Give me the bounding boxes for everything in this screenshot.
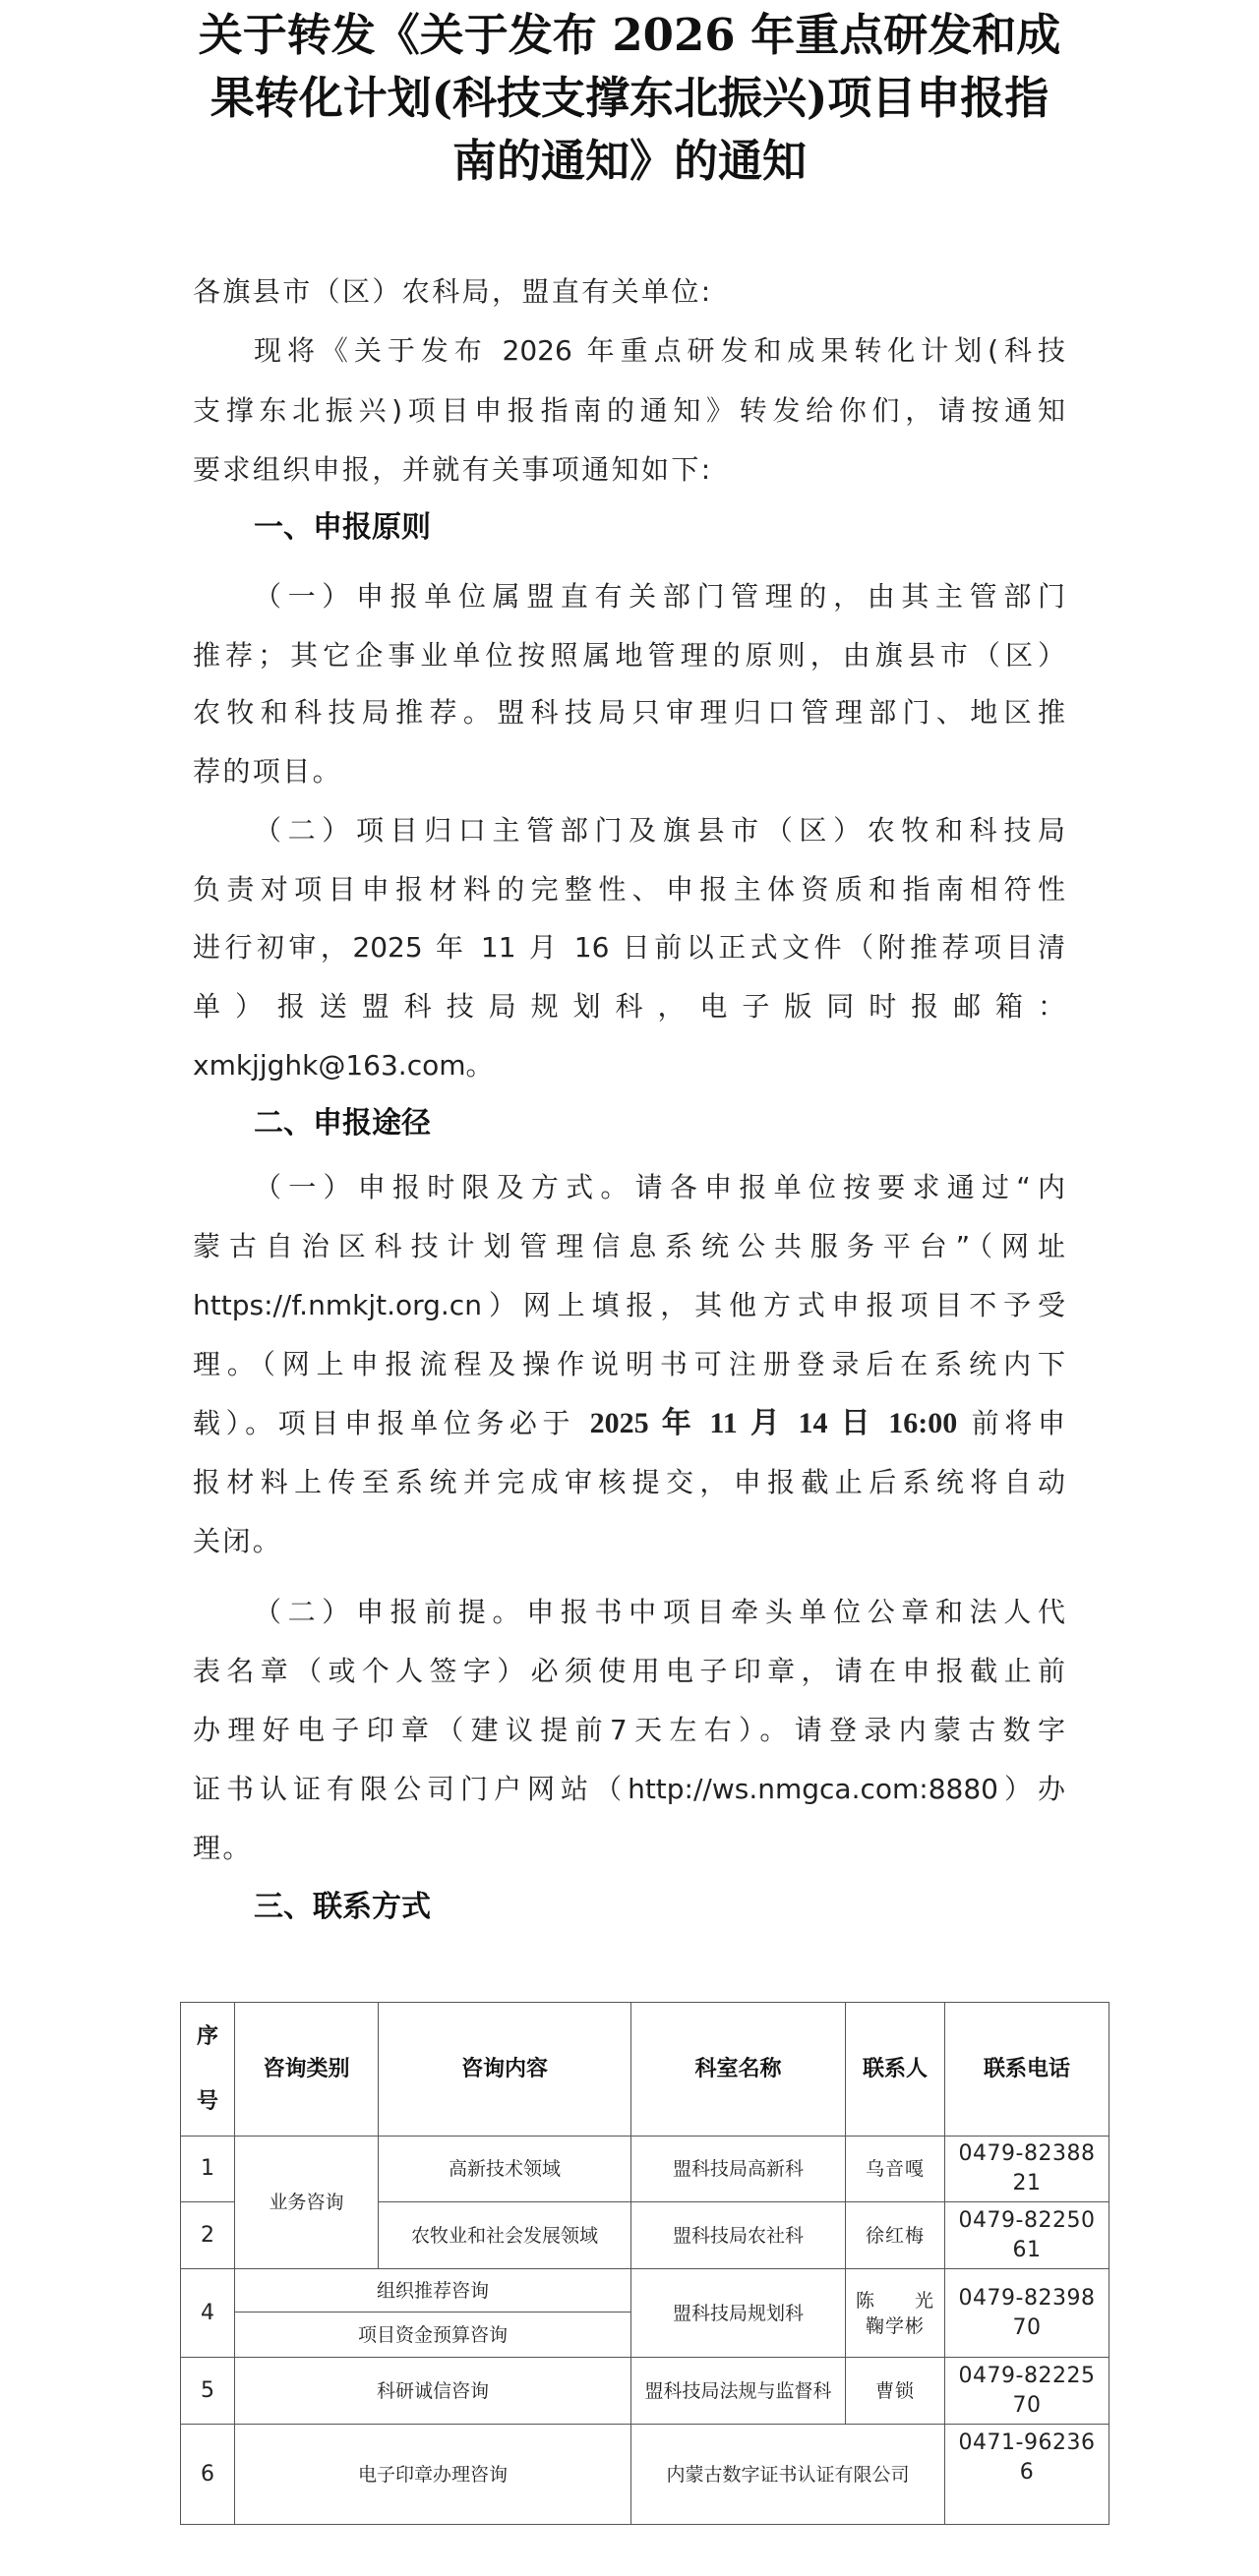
cell-content: 电子印章办理咨询	[235, 2425, 631, 2525]
cell-office: 盟科技局高新科	[631, 2137, 846, 2202]
phone-part: 70	[1013, 2393, 1042, 2418]
cell-office: 盟科技局农社科	[631, 2202, 846, 2269]
phone-part: 21	[1013, 2171, 1042, 2195]
paragraph-line: 关闭。	[193, 1522, 282, 1561]
cell-phone: 0479-82225 70	[945, 2358, 1109, 2425]
table-header-row: 序 号 咨询类别 咨询内容 科室名称 联系人 联系电话	[181, 2003, 1109, 2137]
cell-seq: 4	[181, 2269, 235, 2358]
cell-phone: 0479-82250 61	[945, 2202, 1109, 2269]
cell-category: 业务咨询	[235, 2137, 379, 2269]
paragraph-line: 理。	[193, 1829, 253, 1868]
paragraph-line: 理。（网上申报流程及操作说明书可注册登录后在系统内下	[193, 1345, 1065, 1384]
title-line: 南的通知》的通知	[0, 130, 1259, 193]
paragraph-line: 推荐；其它企事业单位按照属地管理的原则，由旗县市（区）	[193, 636, 1065, 675]
cell-content: 项目资金预算咨询	[235, 2313, 631, 2358]
header-seq-top: 序	[197, 2024, 218, 2049]
header-seq: 序 号	[181, 2003, 235, 2137]
url-line[interactable]: 证书认证有限公司门户网站（http://ws.nmgca.com:8880）办	[193, 1770, 1065, 1809]
deadline-prefix: 载）。项目申报单位务必于	[193, 1407, 575, 1439]
paragraph-line: 办理好电子印章（建议提前7天左右）。请登录内蒙古数字	[193, 1711, 1065, 1750]
deadline-date: 2025 年 11 月 14 日 16:00	[590, 1407, 958, 1439]
cell-seq: 6	[181, 2425, 235, 2525]
cell-person: 徐红梅	[846, 2202, 945, 2269]
cell-content: 科研诚信咨询	[235, 2358, 631, 2425]
person-name: 鞠学彬	[866, 2315, 925, 2337]
phone-part: 0479-82398	[959, 2286, 1096, 2311]
cell-content: 农牧业和社会发展领域	[379, 2202, 631, 2269]
cell-office: 盟科技局规划科	[631, 2269, 846, 2358]
salutation: 各旗县市（区）农科局，盟直有关单位:	[193, 272, 713, 312]
url-line[interactable]: https://f.nmkjt.org.cn）网上填报，其他方式申报项目不予受	[193, 1286, 1065, 1325]
paragraph-line: （一）申报时限及方式。请各申报单位按要求通过“内	[254, 1168, 1065, 1207]
cell-phone: 0479-82398 70	[945, 2269, 1109, 2358]
cell-person: 曹锁	[846, 2358, 945, 2425]
deadline-suffix: 前将申	[972, 1407, 1065, 1439]
cell-seq: 1	[181, 2137, 235, 2202]
phone-part: 70	[1013, 2315, 1042, 2340]
paragraph-line: （一）申报单位属盟直有关部门管理的，由其主管部门	[254, 577, 1065, 616]
header-office: 科室名称	[631, 2003, 846, 2137]
paragraph-line: （二）项目归口主管部门及旗县市（区）农牧和科技局	[254, 811, 1065, 850]
table-row: 1 业务咨询 高新技术领域 盟科技局高新科 乌音嘎 0479-82388 21	[181, 2137, 1109, 2202]
table-row: 5 科研诚信咨询 盟科技局法规与监督科 曹锁 0479-82225 70	[181, 2358, 1109, 2425]
cell-seq: 5	[181, 2358, 235, 2425]
title-line: 果转化计划(科技支撑东北振兴)项目申报指	[0, 67, 1259, 130]
paragraph-line: 蒙古自治区科技计划管理信息系统公共服务平台”（网址	[193, 1227, 1065, 1266]
paragraph-line: （二）申报前提。申报书中项目牵头单位公章和法人代	[254, 1593, 1065, 1632]
cell-person: 陈光 鞠学彬	[846, 2269, 945, 2358]
phone-part: 6	[1020, 2460, 1035, 2485]
paragraph-line: 进行初审，2025 年 11 月 16 日前以正式文件（附推荐项目清	[193, 928, 1065, 967]
cell-office: 内蒙古数字证书认证有限公司	[631, 2425, 945, 2525]
person-name: 陈光	[856, 2288, 934, 2313]
intro-line: 支撑东北振兴)项目申报指南的通知》转发给你们，请按通知	[193, 391, 1065, 431]
deadline-line: 载）。项目申报单位务必于 2025 年 11 月 14 日 16:00 前将申	[193, 1404, 1065, 1443]
intro-line: 要求组织申报，并就有关事项通知如下:	[193, 450, 713, 490]
contact-table: 序 号 咨询类别 咨询内容 科室名称 联系人 联系电话 1 业务咨询 高新技术领…	[180, 2002, 1109, 2525]
phone-part: 61	[1013, 2238, 1042, 2262]
phone-part: 0479-82225	[959, 2364, 1096, 2388]
cell-content: 高新技术领域	[379, 2137, 631, 2202]
paragraph-line: 单）报送盟科技局规划科，电子版同时报邮箱：	[193, 987, 1065, 1026]
paragraph-line: 荐的项目。	[193, 752, 342, 791]
section-heading-1: 一、申报原则	[254, 508, 431, 548]
email-link[interactable]: xmkjjghk@163.com。	[193, 1046, 494, 1085]
header-content: 咨询内容	[379, 2003, 631, 2137]
document-title: 关于转发《关于发布 2026 年重点研发和成 果转化计划(科技支撑东北振兴)项目…	[0, 4, 1259, 193]
title-line: 关于转发《关于发布 2026 年重点研发和成	[0, 4, 1259, 67]
table-row: 6 电子印章办理咨询 内蒙古数字证书认证有限公司 0471-96236 6	[181, 2425, 1109, 2525]
header-seq-bottom: 号	[197, 2089, 218, 2114]
cell-phone: 0479-82388 21	[945, 2137, 1109, 2202]
header-category: 咨询类别	[235, 2003, 379, 2137]
paragraph-line: 报材料上传至系统并完成审核提交，申报截止后系统将自动	[193, 1463, 1065, 1502]
cell-phone: 0471-96236 6	[945, 2425, 1109, 2525]
header-person: 联系人	[846, 2003, 945, 2137]
phone-part: 0479-82388	[959, 2141, 1096, 2166]
cell-person: 乌音嘎	[846, 2137, 945, 2202]
paragraph-line: 农牧和科技局推荐。盟科技局只审理归口管理部门、地区推	[193, 693, 1065, 732]
header-phone: 联系电话	[945, 2003, 1109, 2137]
cell-content: 组织推荐咨询	[235, 2269, 631, 2313]
table-row: 4 组织推荐咨询 盟科技局规划科 陈光 鞠学彬 0479-82398 70	[181, 2269, 1109, 2313]
phone-part: 0479-82250	[959, 2208, 1096, 2233]
paragraph-line: 负责对项目申报材料的完整性、申报主体资质和指南相符性	[193, 870, 1065, 909]
intro-line: 现将《关于发布 2026 年重点研发和成果转化计划(科技	[254, 331, 1065, 371]
paragraph-line: 表名章（或个人签字）必须使用电子印章，请在申报截止前	[193, 1652, 1065, 1691]
section-heading-2: 二、申报途径	[254, 1104, 431, 1143]
phone-part: 0471-96236	[959, 2430, 1096, 2455]
cell-office: 盟科技局法规与监督科	[631, 2358, 846, 2425]
section-heading-3: 三、联系方式	[254, 1888, 431, 1927]
cell-seq: 2	[181, 2202, 235, 2269]
